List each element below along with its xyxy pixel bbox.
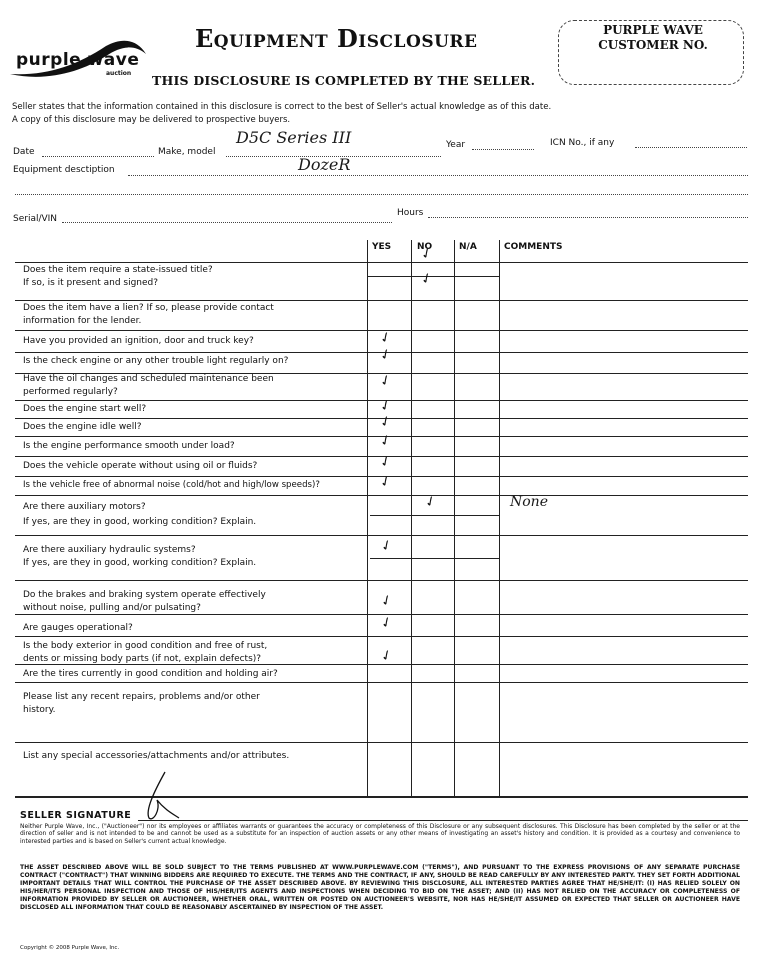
question-line: Does the item have a lien? If so, please… — [23, 302, 274, 315]
customer-number-label: PURPLE WAVE CUSTOMER NO. — [583, 23, 723, 53]
year-label: Year — [446, 140, 465, 150]
question-line: information for the lender. — [23, 315, 274, 328]
equipment-description-field[interactable] — [128, 175, 748, 176]
equipment-description-value: DozeR — [298, 155, 350, 174]
equipment-description-label: Equipment desctiption — [13, 165, 115, 175]
seller-signature-label: SELLER SIGNATURE — [20, 810, 131, 821]
row-divider — [15, 262, 748, 263]
question-recent-repairs: Please list any recent repairs, problems… — [23, 691, 260, 716]
row-divider — [370, 558, 499, 559]
question-line: If yes, are they in good, working condit… — [23, 557, 256, 570]
column-divider — [499, 240, 500, 796]
question-auxiliary-hydraulics: Are there auxiliary hydraulic systems? I… — [23, 544, 256, 569]
question-line: Is the check engine or any other trouble… — [23, 355, 288, 368]
column-divider — [411, 240, 412, 796]
question-line: Is the vehicle free of abnormal noise (c… — [23, 479, 320, 492]
logo-text: purple wave — [16, 50, 139, 70]
question-line: Does the engine start well? — [23, 403, 146, 416]
question-line: If yes, are they in good, working condit… — [23, 516, 256, 529]
question-keys: Have you provided an ignition, door and … — [23, 335, 254, 348]
checkmark-icon[interactable]: ✓ — [418, 244, 435, 263]
column-header-yes: YES — [372, 242, 391, 252]
question-accessories: List any special accessories/attachments… — [23, 750, 289, 763]
column-header-na: N/A — [459, 242, 477, 252]
intro-statement: Seller states that the information conta… — [12, 101, 752, 127]
seller-signature-field[interactable] — [138, 820, 748, 821]
question-engine-idle: Does the engine idle well? — [23, 421, 142, 434]
question-line: dents or missing body parts (if not, exp… — [23, 653, 267, 666]
question-line: Does the engine idle well? — [23, 421, 142, 434]
date-label: Date — [13, 147, 35, 157]
intro-line-1: Seller states that the information conta… — [12, 101, 752, 114]
make-model-label: Make, model — [158, 147, 215, 157]
question-line: Please list any recent repairs, problems… — [23, 691, 260, 704]
logo-subtext: auction — [106, 70, 131, 77]
question-title-required: Does the item require a state-issued tit… — [23, 264, 213, 289]
question-engine-start: Does the engine start well? — [23, 403, 146, 416]
checkmark-icon[interactable]: ✓ — [378, 613, 395, 632]
question-body-exterior: Is the body exterior in good condition a… — [23, 640, 267, 665]
question-oil-fluids: Does the vehicle operate without using o… — [23, 460, 257, 473]
purple-wave-logo: purple wave auction — [6, 36, 156, 86]
question-line: Are there auxiliary hydraulic systems? — [23, 544, 256, 557]
date-field[interactable] — [42, 156, 154, 157]
question-tires: Are the tires currently in good conditio… — [23, 668, 278, 681]
checkmark-icon[interactable]: ✓ — [377, 345, 394, 364]
intro-line-2: A copy of this disclosure may be deliver… — [12, 114, 752, 127]
customer-label-line2: CUSTOMER NO. — [583, 38, 723, 53]
row-divider — [15, 580, 748, 581]
question-abnormal-noise: Is the vehicle free of abnormal noise (c… — [23, 479, 320, 492]
question-line: List any special accessories/attachments… — [23, 750, 289, 763]
customer-label-line1: PURPLE WAVE — [583, 23, 723, 38]
checkmark-icon[interactable]: ✓ — [377, 431, 394, 450]
row-divider — [367, 276, 499, 277]
serial-vin-field[interactable] — [62, 222, 392, 223]
question-line: Are there auxiliary motors? — [23, 501, 256, 514]
row-divider — [15, 742, 748, 743]
row-divider — [15, 682, 748, 683]
question-line: Have the oil changes and scheduled maint… — [23, 373, 274, 386]
table-bottom-border — [15, 796, 748, 798]
row-divider — [15, 300, 748, 301]
question-line: Is the body exterior in good condition a… — [23, 640, 267, 653]
question-line: Are gauges operational? — [23, 622, 133, 635]
checkmark-icon[interactable]: ✓ — [378, 536, 395, 555]
question-line: Do the brakes and braking system operate… — [23, 589, 266, 602]
question-gauges: Are gauges operational? — [23, 622, 133, 635]
checkmark-icon[interactable]: ✓ — [377, 371, 394, 390]
year-field[interactable] — [472, 149, 534, 150]
question-line: performed regularly? — [23, 386, 274, 399]
row-divider — [15, 614, 748, 615]
make-model-value: D5C Series III — [236, 128, 351, 147]
question-brakes: Do the brakes and braking system operate… — [23, 589, 266, 614]
checkmark-icon[interactable]: ✓ — [418, 269, 435, 288]
disclaimer-text: Neither Purple Wave, Inc., ("Auctioneer"… — [20, 823, 740, 845]
page-title: Equipment Disclosure — [195, 24, 478, 53]
question-line: Does the vehicle operate without using o… — [23, 460, 257, 473]
terms-text: The asset described above will be sold s… — [20, 864, 740, 913]
copyright-text: Copyright © 2008 Purple Wave, Inc. — [20, 945, 119, 951]
equipment-description-field-2[interactable] — [15, 194, 748, 195]
hours-label: Hours — [397, 208, 423, 218]
signature-scribble-icon — [135, 770, 185, 825]
column-header-comments: COMMENTS — [504, 242, 562, 252]
question-maintenance: Have the oil changes and scheduled maint… — [23, 373, 274, 398]
question-line: Is the engine performance smooth under l… — [23, 440, 235, 453]
comment-auxiliary-motors[interactable]: None — [510, 494, 548, 510]
column-divider — [454, 240, 455, 796]
page-subtitle: THIS DISCLOSURE IS COMPLETED BY THE SELL… — [152, 73, 535, 88]
question-line: history. — [23, 704, 260, 717]
hours-field[interactable] — [428, 217, 748, 218]
question-line: Are the tires currently in good conditio… — [23, 668, 278, 681]
question-engine-performance: Is the engine performance smooth under l… — [23, 440, 235, 453]
row-divider — [15, 535, 748, 536]
question-lien: Does the item have a lien? If so, please… — [23, 302, 274, 327]
row-divider — [370, 515, 499, 516]
icn-field[interactable] — [635, 147, 747, 148]
question-trouble-light: Is the check engine or any other trouble… — [23, 355, 288, 368]
question-line: Does the item require a state-issued tit… — [23, 264, 213, 277]
row-divider — [15, 495, 748, 496]
checkmark-icon[interactable]: ✓ — [377, 412, 394, 431]
row-divider — [15, 636, 748, 637]
checkmark-icon[interactable]: ✓ — [378, 591, 395, 610]
question-line: Have you provided an ignition, door and … — [23, 335, 254, 348]
serial-vin-label: Serial/VIN — [13, 214, 57, 224]
column-divider — [367, 240, 368, 796]
checkmark-icon[interactable]: ✓ — [378, 646, 395, 665]
question-auxiliary-motors: Are there auxiliary motors? If yes, are … — [23, 501, 256, 528]
question-line: If so, is it present and signed? — [23, 277, 213, 290]
icn-label: ICN No., if any — [550, 138, 614, 148]
question-line: without noise, pulling and/or pulsating? — [23, 602, 266, 615]
